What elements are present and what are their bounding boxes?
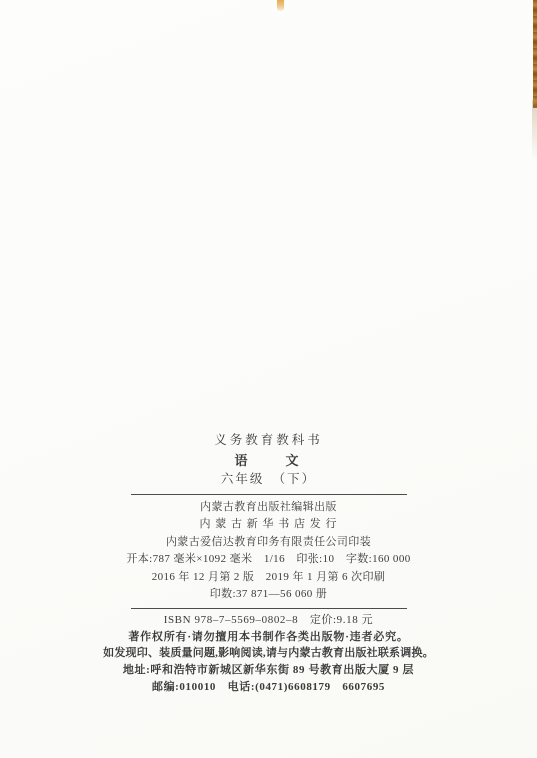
edition-printing-line: 2016 年 12 月第 2 版 2019 年 1 月第 6 次印刷 (0, 569, 537, 586)
book-colophon-page: 义务教育教科书 语 文 六年级 （下） 内蒙古教育出版社编辑出版 内 蒙 古 新… (0, 0, 537, 758)
publication-block: 内蒙古教育出版社编辑出版 内 蒙 古 新 华 书 店 发 行 内蒙古爱信达教育印… (0, 499, 537, 603)
title-block: 义务教育教科书 语 文 六年级 （下） (0, 431, 537, 490)
book-cover-edge-fade (532, 100, 537, 160)
isbn-block: ISBN 978–7–5569–0802–8 定价:9.18 元 著作权所有·请… (0, 612, 537, 696)
publisher-line: 内蒙古教育出版社编辑出版 (0, 499, 537, 516)
postcode-phone-line: 邮编:010010 电话:(0471)6608179 6607695 (0, 679, 537, 696)
printer-line: 内蒙古爱信达教育印务有限责任公司印装 (0, 534, 537, 551)
publisher-address-line: 地址:呼和浩特市新城区新华东街 89 号教育出版大厦 9 层 (0, 662, 537, 679)
copyright-notice-line: 著作权所有·请勿擅用本书制作各类出版物·违者必究。 (0, 629, 537, 646)
ribbon-fragment (277, 0, 284, 11)
book-cover-edge (533, 0, 537, 108)
distributor-line: 内 蒙 古 新 华 书 店 发 行 (0, 516, 537, 533)
subject-title: 语 文 (0, 451, 537, 471)
series-title: 义务教育教科书 (0, 431, 537, 451)
print-run-line: 印数:37 871—56 060 册 (0, 586, 537, 603)
divider-bottom (131, 608, 407, 609)
isbn-price-line: ISBN 978–7–5569–0802–8 定价:9.18 元 (0, 612, 537, 629)
grade-volume: 六年级 （下） (0, 470, 537, 490)
divider-top (131, 494, 407, 495)
quality-notice-line: 如发现印、装质量问题,影响阅读,请与内蒙古教育出版社联系调换。 (0, 645, 537, 662)
format-spec-line: 开本:787 毫米×1092 毫米 1/16 印张:10 字数:160 000 (0, 551, 537, 568)
